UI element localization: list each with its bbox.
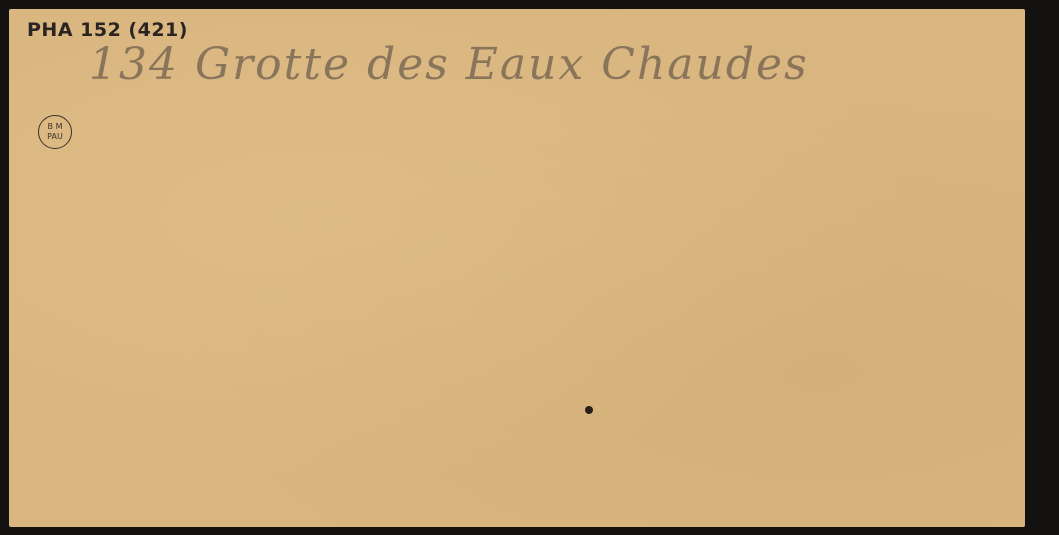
library-stamp-icon: B M PAU	[38, 115, 72, 149]
stamp-line-1: B M	[48, 122, 63, 132]
stamp-line-2: PAU	[47, 132, 63, 142]
ink-spot	[585, 406, 593, 414]
card-back: PHA 152 (421) 134 Grotte des Eaux Chaude…	[9, 9, 1025, 527]
handwritten-caption: 134 Grotte des Eaux Chaudes	[89, 39, 809, 90]
inventory-number: PHA 152 (421)	[27, 19, 188, 41]
